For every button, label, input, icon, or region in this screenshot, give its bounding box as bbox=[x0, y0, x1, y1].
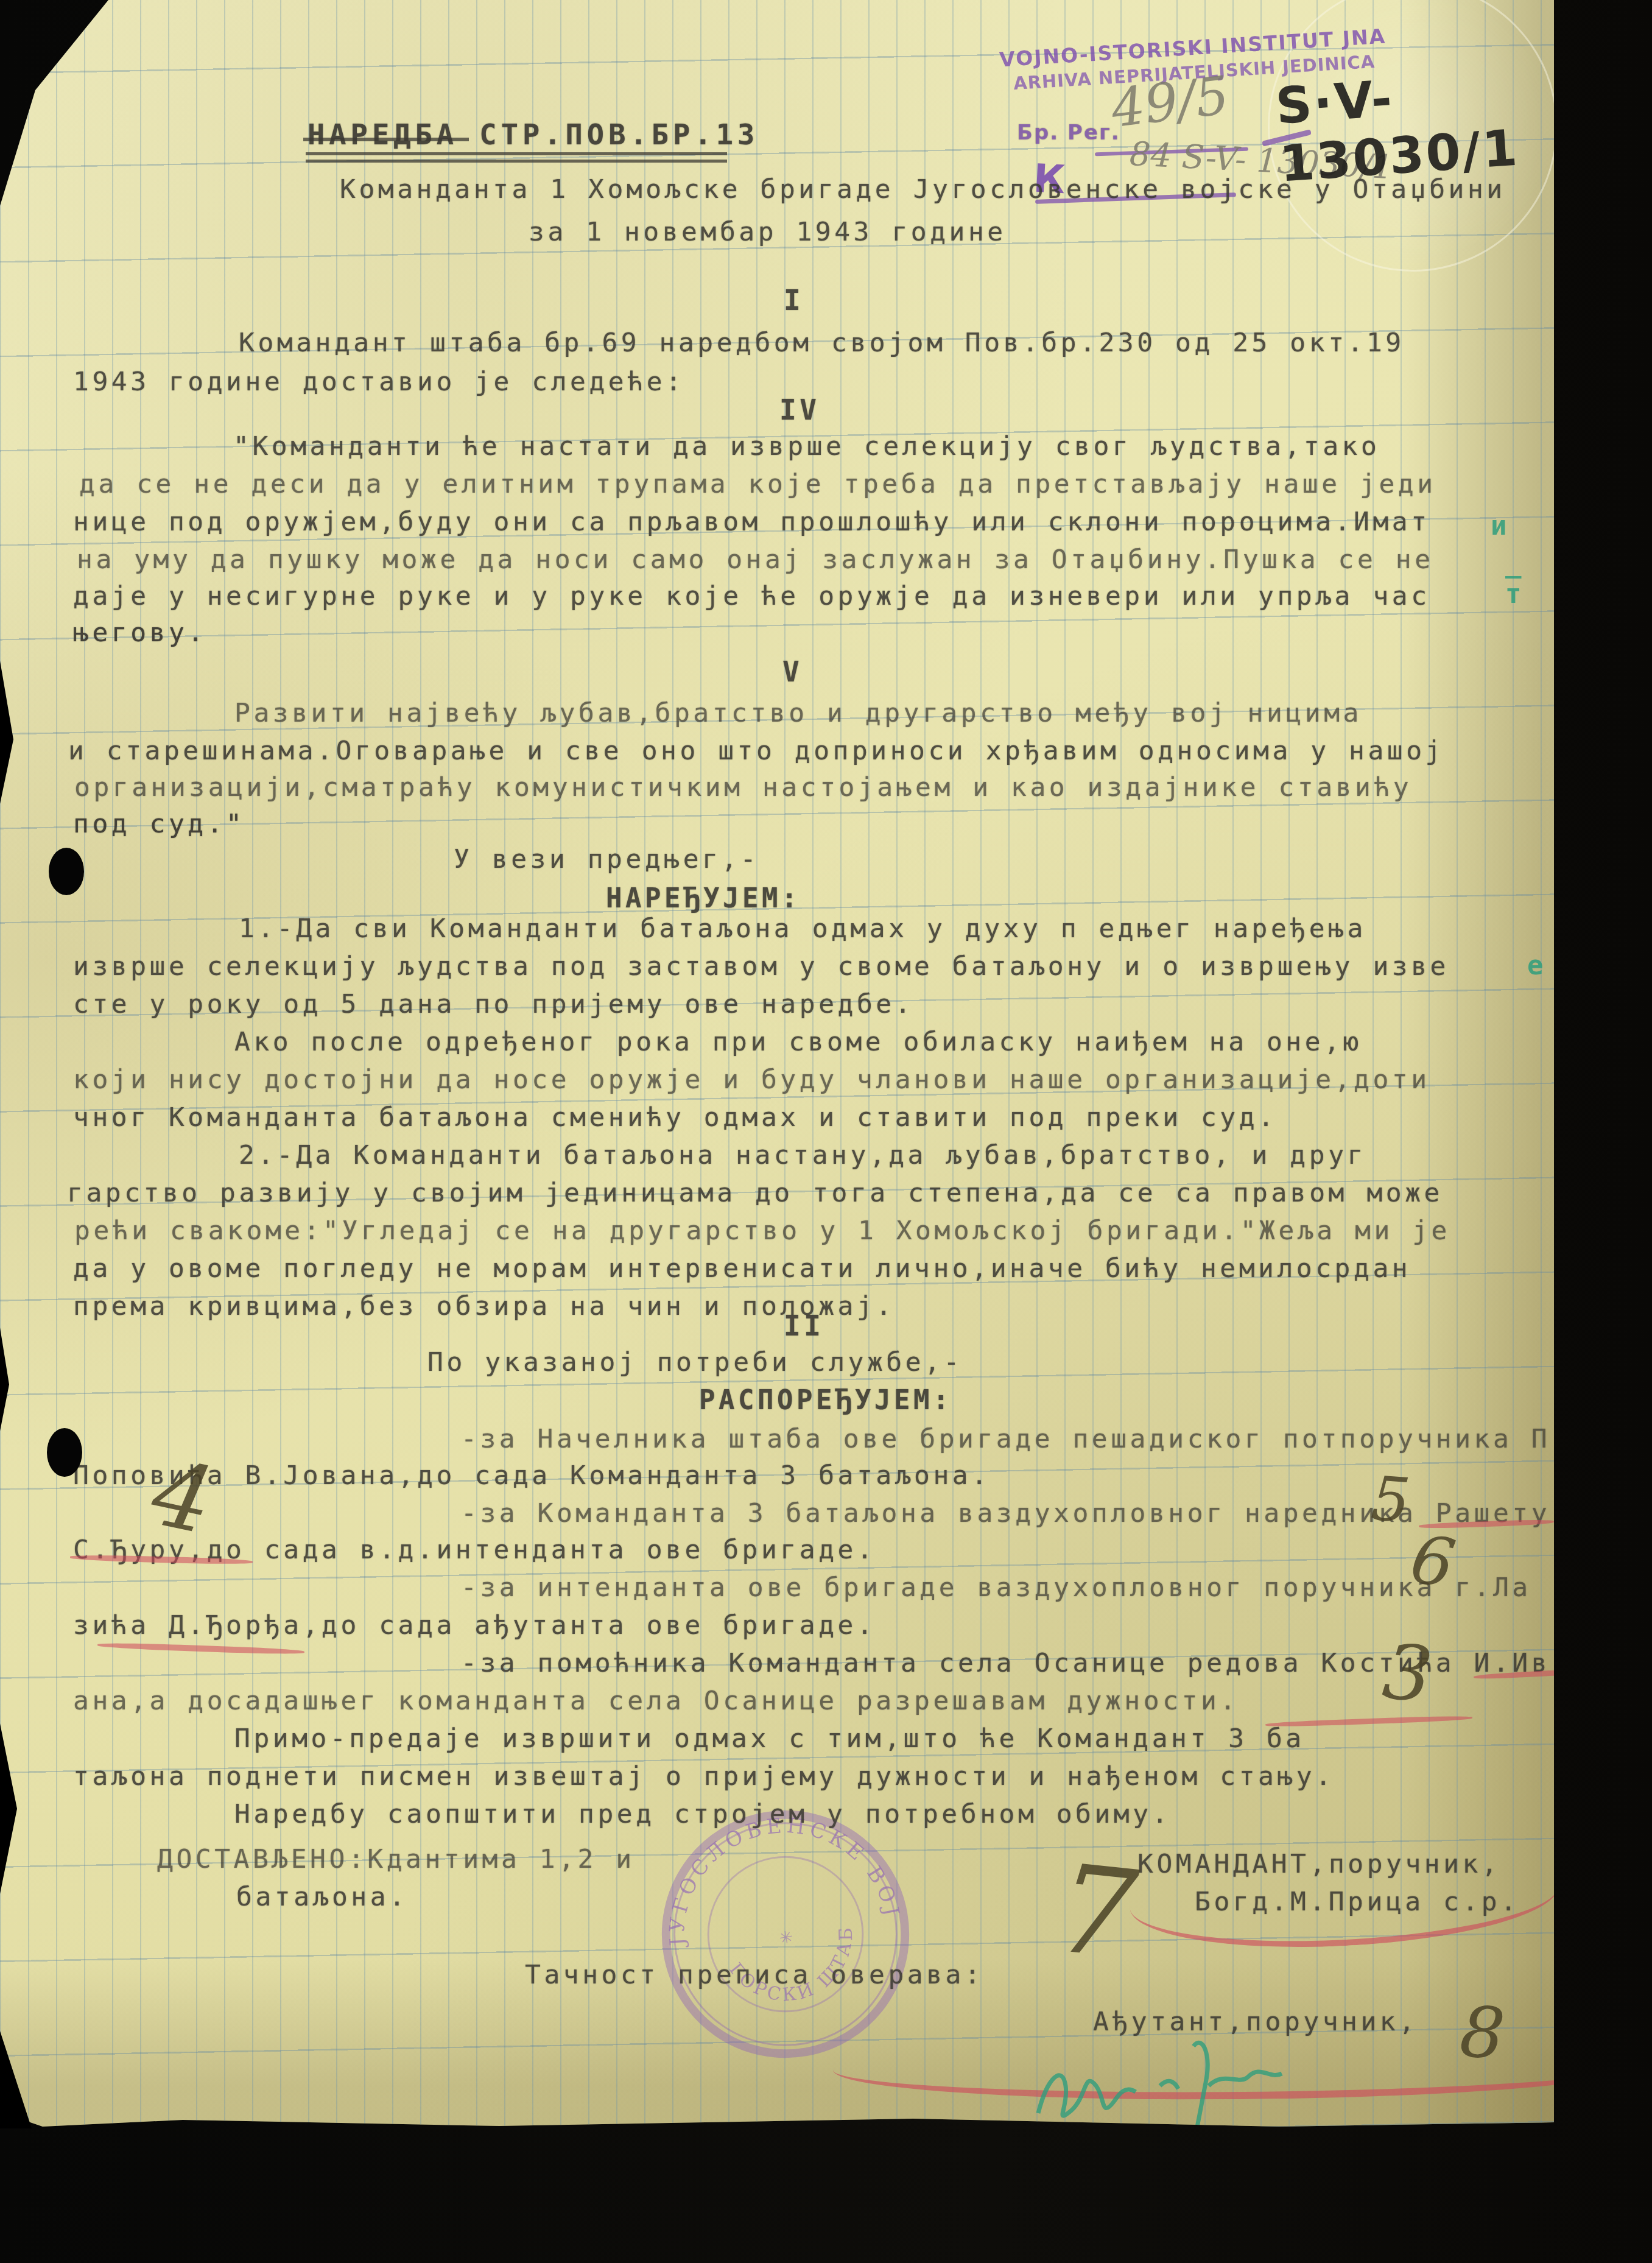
punch-hole bbox=[49, 848, 84, 895]
typed-line: 1943 године доставио је следеће: bbox=[73, 368, 684, 396]
certify-line: Тачност преписа оверава: bbox=[525, 1961, 983, 1990]
typed-line: према кривцима,без обзира на чин и полож… bbox=[73, 1292, 895, 1321]
title-underline-2 bbox=[306, 160, 727, 163]
typed-line: таљона поднети писмен извештај о пријему… bbox=[73, 1762, 1335, 1791]
typed-line: Примо-предаје извршити одмах с тим,што ћ… bbox=[234, 1725, 1305, 1753]
typed-line: 1.-Да сви Команданти батаљона одмах у ду… bbox=[239, 915, 1366, 943]
typed-line: зића Д.Ђорђа,до сада ађутанта ове бригад… bbox=[73, 1611, 876, 1640]
typed-line: даје у несигурне руке и у руке које ће о… bbox=[73, 582, 1430, 611]
typed-line: сте у року од 5 дана по пријему ове наре… bbox=[73, 990, 914, 1019]
paper-sheet: ЈУГОСЛОВЕНСКЕ ВОЈСКЕ У ОТАЏБИНИ ГОРСКИ Ш… bbox=[0, 0, 1554, 2129]
typed-line: који нису достојни да носе оружје и буду… bbox=[73, 1066, 1430, 1094]
typed-line: ана,а досадашњег команданта села Осанице… bbox=[73, 1687, 1239, 1716]
typed-line: -за интенданта ове бригаде ваздухопловно… bbox=[461, 1574, 1531, 1602]
ink-number-7: 7 bbox=[1051, 1838, 1143, 1987]
section-heading-4: IV bbox=[779, 395, 820, 426]
typed-line: "Команданти ће настати да изврше селекци… bbox=[233, 432, 1380, 461]
delivered-to-line2: батаљона. bbox=[236, 1883, 409, 1912]
typed-line: и старешинама.Оговарање и све оно што до… bbox=[68, 737, 1444, 765]
signature-scribble bbox=[1029, 2028, 1315, 2168]
document-title: НАРЕДБА СТР.ПОВ.БР.13 bbox=[308, 119, 759, 151]
ink-number-3: 3 bbox=[1379, 1627, 1436, 1720]
green-correction: е bbox=[1527, 950, 1544, 981]
subtitle-line2: за 1 новембар 1943 године bbox=[529, 218, 1007, 247]
typed-line: гарство развију у својим јединицама до т… bbox=[67, 1179, 1443, 1208]
typed-line: Наредбу саопштити пред стројем у потребн… bbox=[234, 1800, 1171, 1829]
typed-line: Развити највећу љубав,братство и другарс… bbox=[234, 699, 1362, 728]
typed-line: да у овоме погледу не морам интервенисат… bbox=[73, 1255, 1411, 1283]
typed-line: Командант штаба бр.69 наредбом својом По… bbox=[239, 329, 1405, 357]
scanned-document: ЈУГОСЛОВЕНСКЕ ВОЈСКЕ У ОТАЏБИНИ ГОРСКИ Ш… bbox=[0, 0, 1652, 2263]
registry-label-stamp: Бр. Рег. bbox=[1017, 121, 1120, 145]
section-heading-2: II bbox=[784, 1311, 824, 1342]
typed-line: -за Начелника штаба ове бригаде пешадиск… bbox=[461, 1425, 1550, 1454]
typed-line: нице под оружјем,буду они са прљавом про… bbox=[73, 508, 1430, 537]
section-heading-5: V bbox=[782, 656, 803, 688]
typed-line: 2.-Да Команданти батаљона настану,да љуб… bbox=[239, 1141, 1366, 1170]
round-seal-star-icon: ✳ bbox=[777, 1923, 794, 1949]
section-heading-1: I bbox=[784, 285, 804, 316]
typed-line: рећи свакоме:"Угледај се на другарство у… bbox=[74, 1217, 1450, 1245]
typed-line: под суд." bbox=[73, 810, 245, 839]
ink-number-5: 5 bbox=[1369, 1463, 1413, 1536]
punch-hole bbox=[47, 1428, 82, 1477]
green-correction: и bbox=[1491, 510, 1507, 541]
subtitle-line1: Команданта 1 Хомољске бригаде Југословен… bbox=[340, 175, 1506, 204]
delivered-to-line1: ДОСТАВЉЕНО:Кдантима 1,2 и bbox=[157, 1845, 635, 1874]
order-heading: НАРЕЂУЈЕМ: bbox=[606, 884, 801, 913]
typed-line: чног Команданта батаљона сменићу одмах и… bbox=[73, 1103, 1277, 1132]
typed-line: У вези предњег,- bbox=[454, 845, 759, 874]
typed-line: његову. bbox=[73, 619, 207, 647]
typed-line: Ако после одређеног рока при своме обила… bbox=[234, 1028, 1362, 1057]
typed-line: да се не деси да у елитним трупама које … bbox=[79, 470, 1436, 499]
assignment-heading: РАСПОРЕЂУЈЕМ: bbox=[699, 1386, 952, 1415]
typed-line: По указаној потреби службе,- bbox=[427, 1348, 963, 1377]
title-strike-line bbox=[303, 138, 469, 141]
typed-line: на уму да пушку може да носи само онај з… bbox=[77, 546, 1434, 574]
typed-line: организацији,сматраћу комунистичким наст… bbox=[74, 773, 1412, 802]
typed-line: изврше селекцију људства под заставом у … bbox=[73, 952, 1449, 981]
catalog-number-stamp: S·V-13030/1 bbox=[1274, 58, 1558, 193]
green-correction: т bbox=[1505, 579, 1522, 610]
title-underline-1 bbox=[306, 152, 727, 155]
